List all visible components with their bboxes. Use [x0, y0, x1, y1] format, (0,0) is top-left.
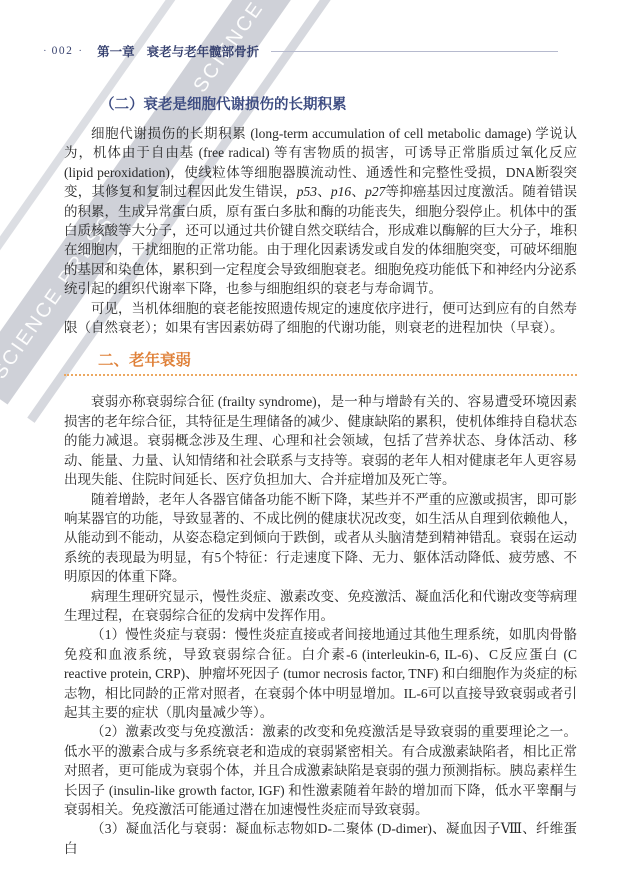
paragraph: 细胞代谢损伤的长期积累 (long-term accumulation of c…	[64, 124, 577, 299]
paragraph: （2）激素改变与免疫激活：激素的改变和免疫激活是导致衰弱的重要理论之一。低水平的…	[64, 722, 577, 819]
header-dot: ·	[43, 45, 47, 57]
paragraph: 可见，当机体细胞的衰老能按照遗传规定的速度依序进行，便可达到应有的自然寿限（自然…	[64, 299, 577, 338]
paragraph: （1）慢性炎症与衰弱：慢性炎症直接或者间接地通过其他生理系统，如肌肉骨骼免疫和血…	[64, 625, 577, 722]
section-divider	[64, 374, 577, 376]
section-heading: 二、老年衰弱	[98, 351, 577, 371]
paragraph: 病理生理研究显示，慢性炎症、激素改变、免疫激活、凝血活化和代谢改变等病理生理过程…	[64, 587, 577, 626]
book-page: SCIENCE PRESS SCIENCE PRESS · 002 · 第一章 …	[0, 0, 640, 885]
paragraph: 衰弱亦称衰弱综合征 (frailty syndrome)，是一种与增龄有关的、容…	[64, 392, 577, 489]
paragraph: （3）凝血活化与衰弱：凝血标志物如D-二聚体 (D-dimer)、凝血因子Ⅷ、纤…	[64, 819, 577, 858]
page-number: 002	[52, 45, 74, 57]
page-header: · 002 · 第一章 衰老与老年髋部骨折	[38, 42, 558, 60]
header-rule	[271, 51, 558, 52]
page-content: · 002 · 第一章 衰老与老年髋部骨折 （二）衰老是细胞代谢损伤的长期积累 …	[0, 0, 640, 885]
header-dot: ·	[78, 45, 82, 57]
chapter-label: 第一章	[97, 42, 135, 60]
subheading: （二）衰老是细胞代谢损伤的长期积累	[100, 96, 577, 114]
body-column: （二）衰老是细胞代谢损伤的长期积累 细胞代谢损伤的长期积累 (long-term…	[64, 88, 577, 858]
paragraph: 随着增龄，老年人各器官储备功能不断下降，某些并不严重的应激或损害，即可影响某器官…	[64, 490, 577, 587]
chapter-title: 衰老与老年髋部骨折	[147, 42, 260, 60]
